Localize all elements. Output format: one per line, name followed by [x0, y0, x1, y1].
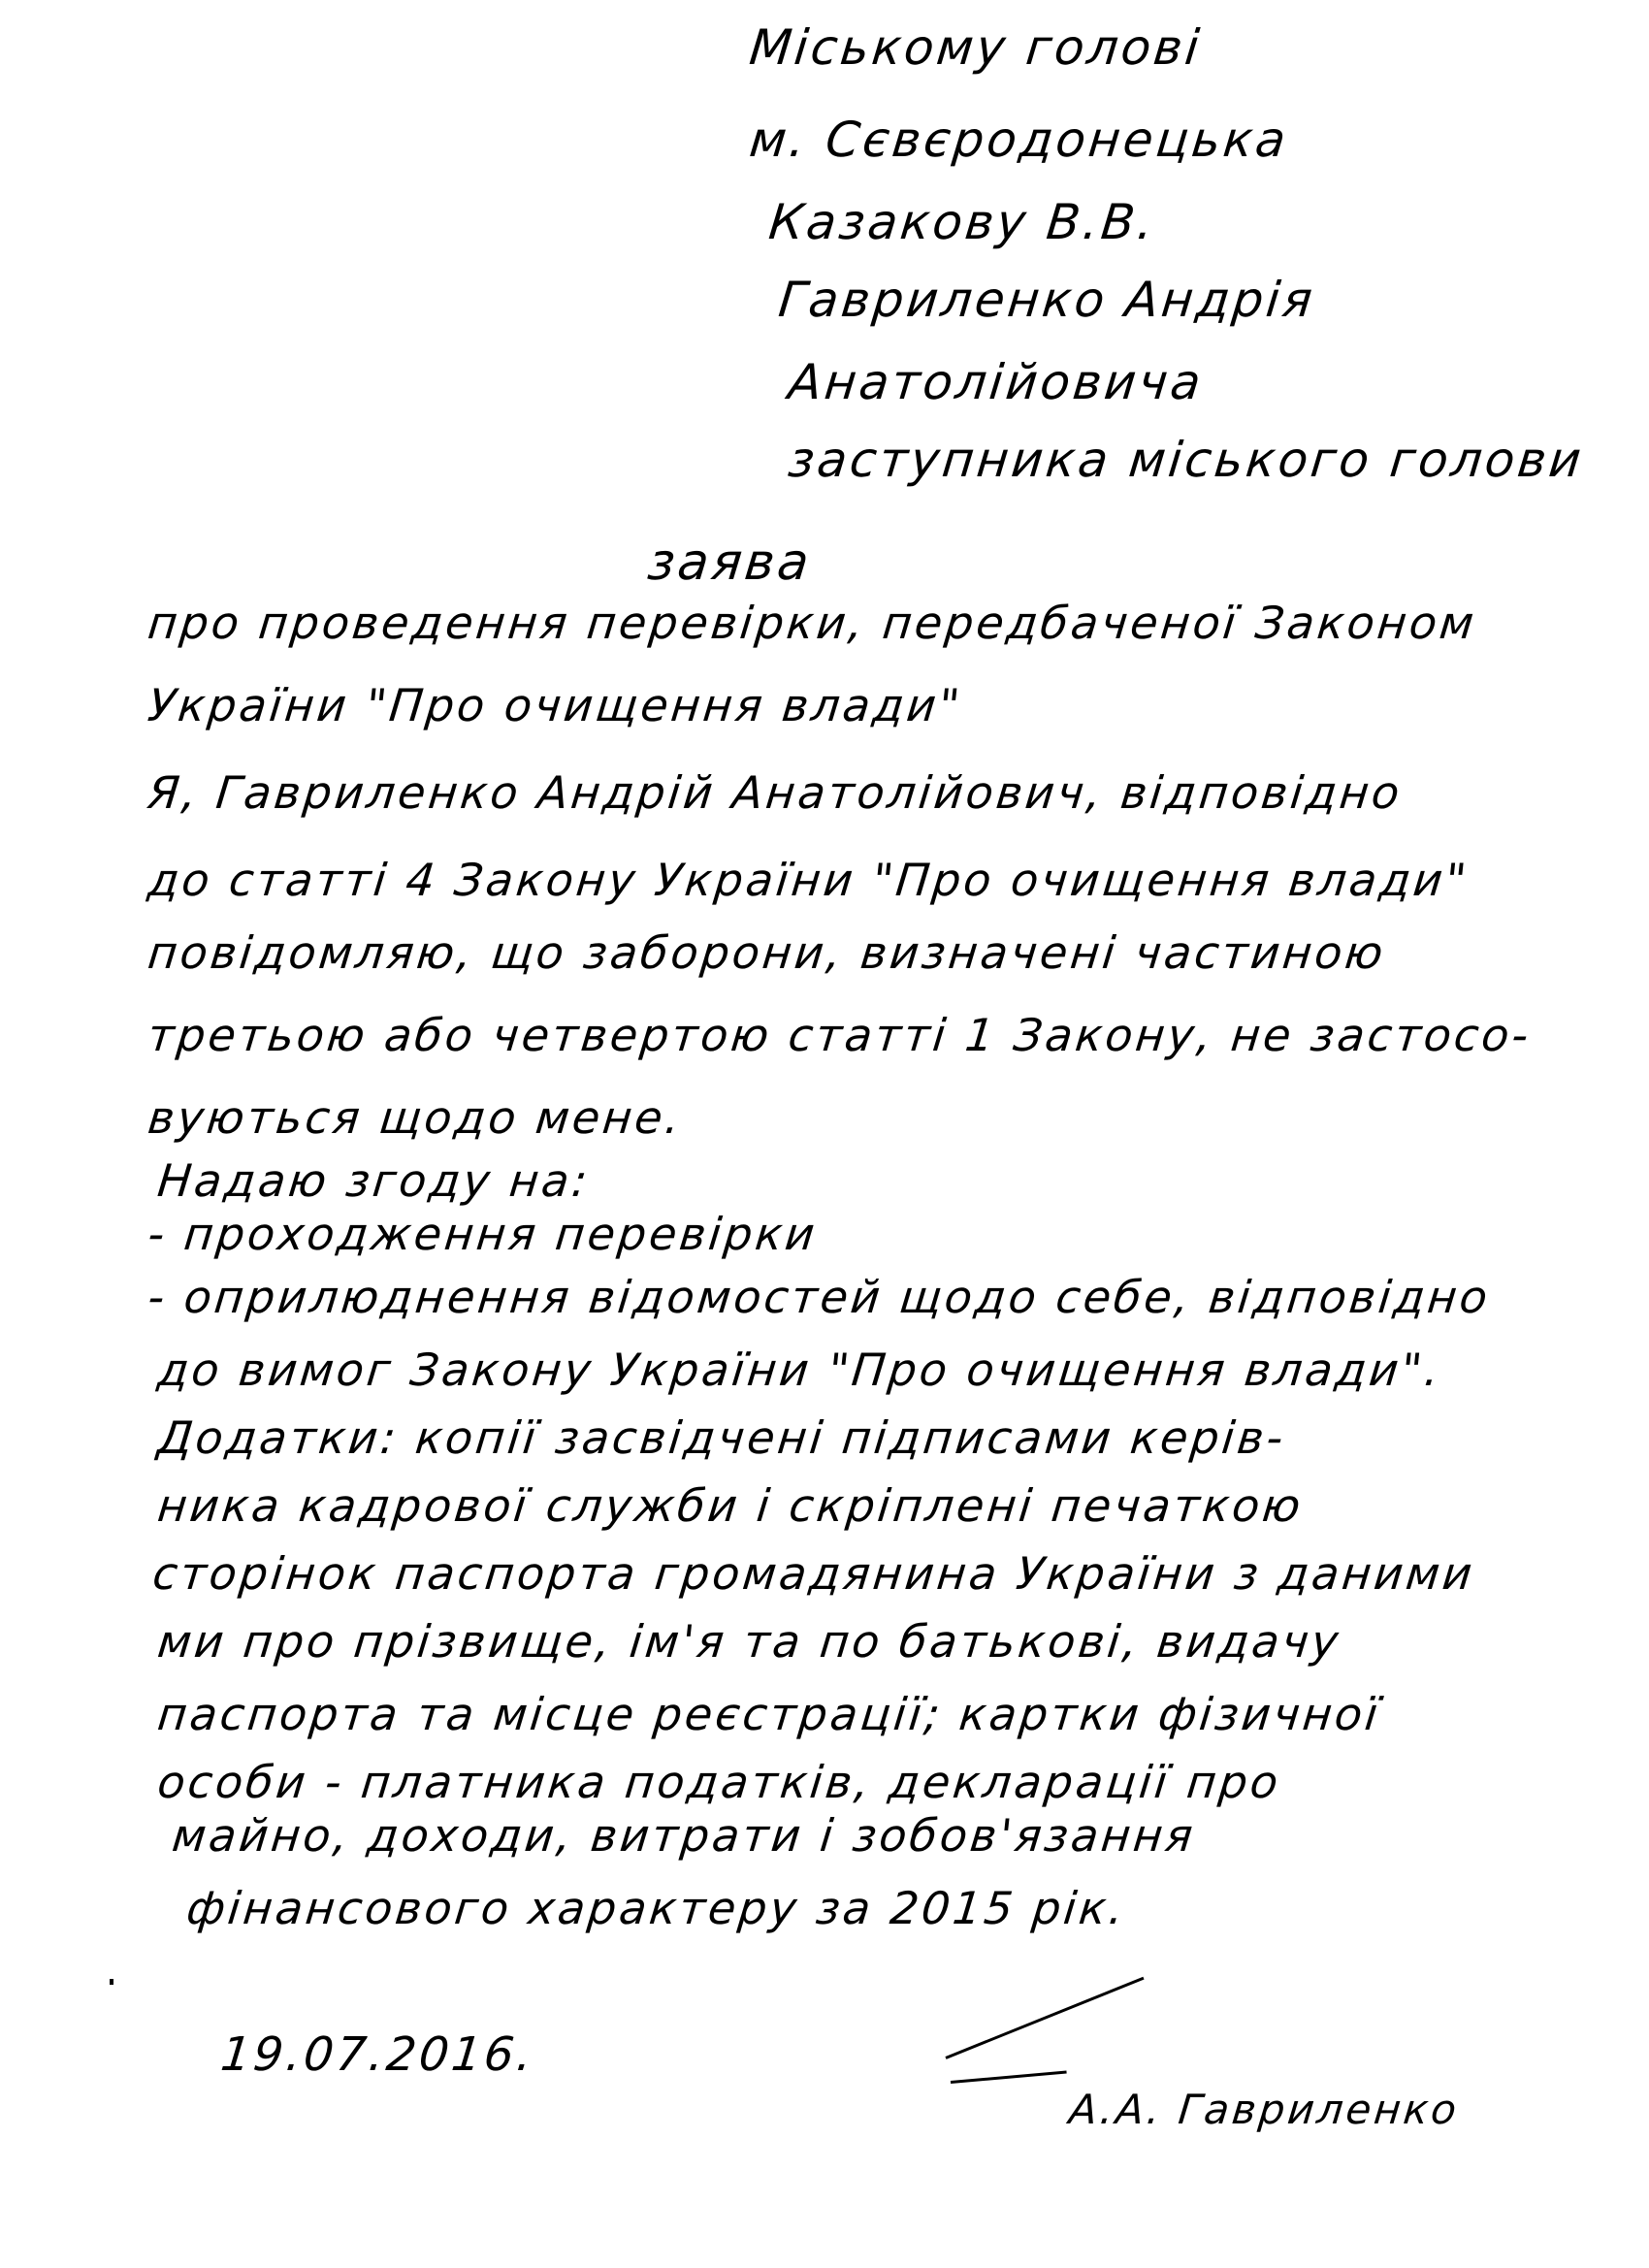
signature-name: А.А. Гавриленко [1067, 2086, 1462, 2133]
body-line: ника кадрової служби і скріплені печатко… [155, 1479, 1306, 1532]
body-line: особи - платника податків, декларації пр… [155, 1756, 1283, 1808]
body-line: вуються щодо мене. [145, 1091, 685, 1144]
body-line: третьою або четвертою статті 1 Закону, н… [145, 1009, 1534, 1061]
body-line: - оприлюднення відомостей щодо себе, від… [145, 1271, 1493, 1323]
body-line: Додатки: копії засвідчені підписами кері… [155, 1411, 1288, 1464]
body-line: повідомляю, що заборони, визначені части… [145, 926, 1388, 979]
signature-flourish [945, 1977, 1144, 2059]
body-line: до вимог Закону України "Про очищення вл… [155, 1344, 1444, 1396]
recipient-line: м. Сєвєродонецька [747, 112, 1291, 168]
recipient-line: заступника міського голови [786, 432, 1587, 488]
body-line: фінансового характеру за 2015 рік. [184, 1882, 1129, 1934]
body-line: - проходження перевірки [145, 1208, 820, 1260]
body-line: України "Про очищення влади" [145, 679, 965, 731]
body-line: до статті 4 Закону України "Про очищення… [145, 854, 1471, 906]
body-line: ми про прізвище, ім'я та по батькові, ви… [155, 1615, 1343, 1668]
body-line: про проведення перевірки, передбаченої З… [145, 597, 1479, 649]
recipient-line: Гавриленко Андрія [776, 272, 1318, 328]
recipient-line: Казакову В.В. [766, 194, 1159, 250]
signature-flourish [951, 2071, 1067, 2084]
recipient-line: Міському голові [747, 19, 1205, 76]
body-line: майно, доходи, витрати і зобов'язання [170, 1809, 1198, 1862]
body-line: Надаю згоду на: [155, 1154, 593, 1207]
body-line: паспорта та місце реєстрації; картки фіз… [155, 1688, 1383, 1740]
recipient-line: Анатолійовича [786, 354, 1206, 410]
scan-speck [110, 1979, 113, 1985]
body-line: сторінок паспорта громадянина України з … [150, 1547, 1477, 1600]
body-line: Я, Гавриленко Андрій Анатолійович, відпо… [145, 766, 1405, 819]
document-date: 19.07.2016. [218, 2027, 537, 2082]
document-title: заява [645, 534, 815, 592]
